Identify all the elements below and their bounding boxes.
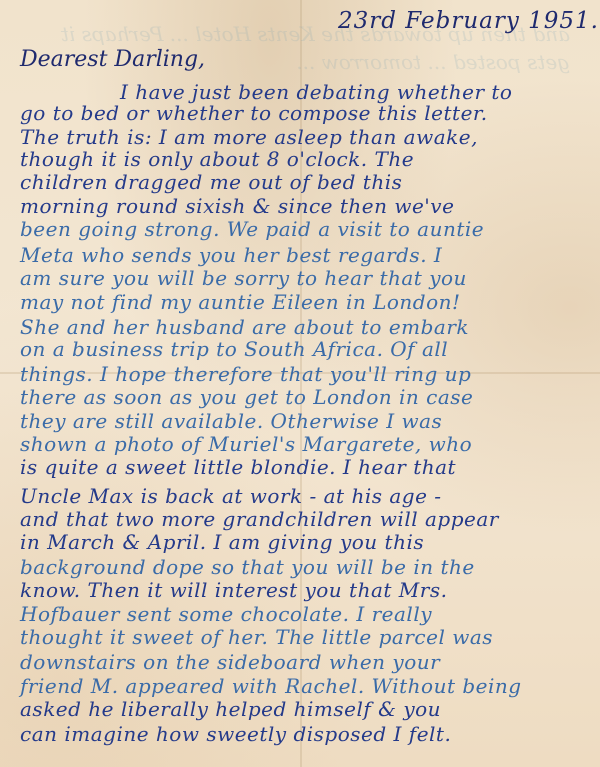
letter-line: been going strong. We paid a visit to au…	[20, 217, 484, 241]
letter-line: in March & April. I am giving you this	[20, 530, 424, 554]
letter-line: shown a photo of Muriel's Margarete, who	[20, 432, 472, 456]
letter-line: asked he liberally helped himself & you	[20, 697, 441, 721]
letter-line: may not find my auntie Eileen in London!	[20, 290, 461, 314]
letter-line: is quite a sweet little blondie. I hear …	[20, 455, 456, 479]
letter-line: Hofbauer sent some chocolate. I really	[20, 602, 432, 626]
letter-line: The truth is: I am more asleep than awak…	[20, 125, 478, 149]
letter-date: 23rd February 1951.	[338, 8, 599, 34]
letter-line: am sure you will be sorry to hear that y…	[20, 266, 467, 290]
letter-line: they are still available. Otherwise I wa…	[20, 409, 442, 433]
letter-line: things. I hope therefore that you'll rin…	[20, 362, 471, 386]
letter-salutation: Dearest Darling,	[20, 47, 205, 72]
letter-line: there as soon as you get to London in ca…	[20, 385, 473, 409]
letter-line: friend M. appeared with Rachel. Without …	[20, 674, 522, 698]
letter-line: morning round sixish & since then we've	[20, 194, 454, 218]
letter-line: on a business trip to South Africa. Of a…	[20, 337, 448, 361]
letter-line: children dragged me out of bed this	[20, 170, 402, 194]
letter-line: background dope so that you will be in t…	[20, 555, 475, 579]
letter-line: know. Then it will interest you that Mrs…	[20, 578, 447, 602]
letter-line: go to bed or whether to compose this let…	[20, 101, 488, 125]
letter-line: can imagine how sweetly disposed I felt.	[20, 722, 451, 746]
letter-line: Uncle Max is back at work - at his age -	[20, 484, 442, 508]
letter-line: and that two more grandchildren will app…	[20, 507, 499, 531]
letter-line: She and her husband are about to embark	[20, 315, 469, 339]
letter-page: and then up towards the Kents Hotel ... …	[0, 0, 600, 767]
letter-line: downstairs on the sideboard when your	[20, 650, 440, 674]
letter-line: thought it sweet of her. The little parc…	[20, 625, 493, 649]
letter-line: though it is only about 8 o'clock. The	[20, 147, 414, 171]
letter-line: Meta who sends you her best regards. I	[20, 243, 442, 267]
